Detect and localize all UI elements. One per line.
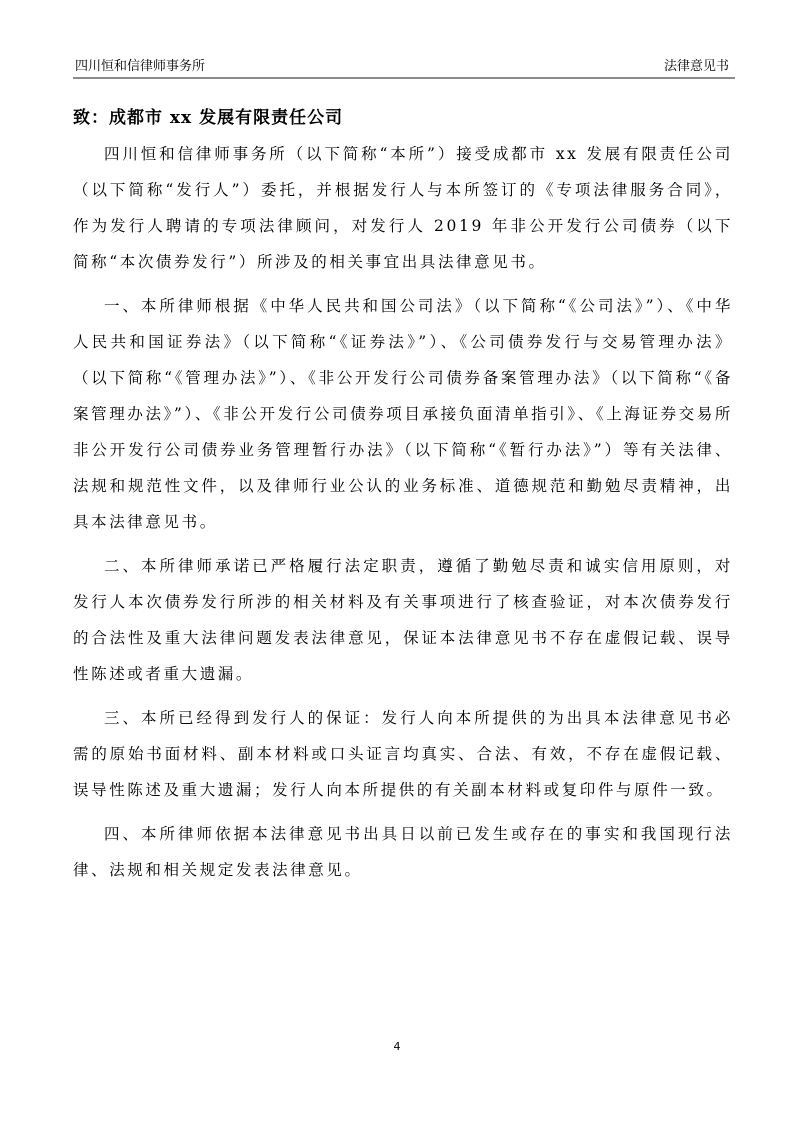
addressee: 致：成都市 xx 发展有限责任公司 xyxy=(73,106,343,130)
paragraph-one: 一、本所律师根据《中华人民共和国公司法》（以下简称“《公司法》”）、《中华人民共… xyxy=(73,288,733,540)
header-firm-name: 四川恒和信律师事务所 xyxy=(75,58,205,75)
paragraph-two: 二、本所律师承诺已严格履行法定职责，遵循了勤勉尽责和诚实信用原则，对发行人本次债… xyxy=(73,548,733,692)
paragraph-three: 三、本所已经得到发行人的保证：发行人向本所提供的为出具本法律意见书必需的原始书面… xyxy=(73,700,733,808)
paragraph-intro: 四川恒和信律师事务所（以下简称“本所”）接受成都市 xx 发展有限责任公司（以下… xyxy=(73,136,733,280)
page-header: 四川恒和信律师事务所 法律意见书 xyxy=(73,58,735,79)
page-number: 4 xyxy=(0,1040,794,1053)
header-document-type: 法律意见书 xyxy=(664,58,729,75)
document-body: 四川恒和信律师事务所（以下简称“本所”）接受成都市 xx 发展有限责任公司（以下… xyxy=(73,136,733,896)
paragraph-four: 四、本所律师依据本法律意见书出具日以前已发生或存在的事实和我国现行法律、法规和相… xyxy=(73,816,733,888)
